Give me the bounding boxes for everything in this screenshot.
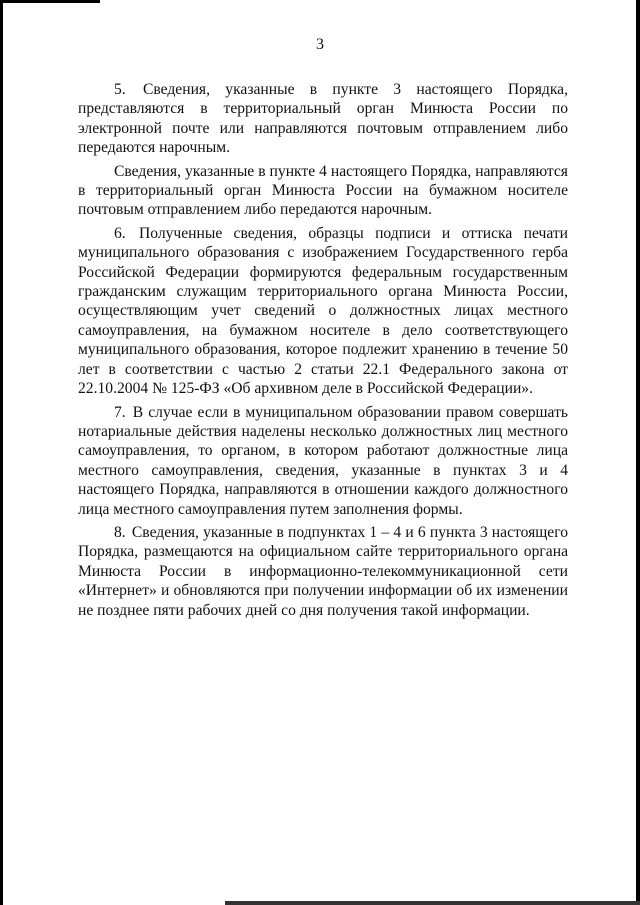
paragraph-number: 7. xyxy=(114,404,131,421)
paragraph-text: Сведения, указанные в пункте 4 настоящег… xyxy=(78,163,568,219)
paragraph-number: 8. xyxy=(114,524,130,541)
paragraph-number: 5. xyxy=(114,81,141,98)
paragraph-8: 8. Сведения, указанные в подпунктах 1 – … xyxy=(78,523,568,620)
paragraph-5: 5. Сведения, указанные в пункте 3 настоя… xyxy=(78,80,568,158)
document-body: 5. Сведения, указанные в пункте 3 настоя… xyxy=(78,80,568,624)
paragraph-5-continued: Сведения, указанные в пункте 4 настоящег… xyxy=(78,162,568,220)
paragraph-6: 6. Полученные сведения, образцы подписи … xyxy=(78,224,568,399)
paragraph-number: 6. xyxy=(114,225,137,242)
paragraph-text: В случае если в муниципальном образовани… xyxy=(78,404,568,518)
page-number: 3 xyxy=(0,36,640,54)
paragraph-text: Полученные сведения, образцы подписи и о… xyxy=(78,225,568,397)
paragraph-text: Сведения, указанные в подпунктах 1 – 4 и… xyxy=(78,524,568,619)
scan-edge-right xyxy=(636,0,640,905)
document-page: 3 5. Сведения, указанные в пункте 3 наст… xyxy=(0,0,640,905)
scan-edge-left xyxy=(0,0,3,905)
scan-edge-top xyxy=(0,0,100,3)
paragraph-text: Сведения, указанные в пункте 3 настоящег… xyxy=(78,81,568,156)
scan-edge-bottom xyxy=(225,901,640,905)
paragraph-7: 7. В случае если в муниципальном образов… xyxy=(78,403,568,519)
